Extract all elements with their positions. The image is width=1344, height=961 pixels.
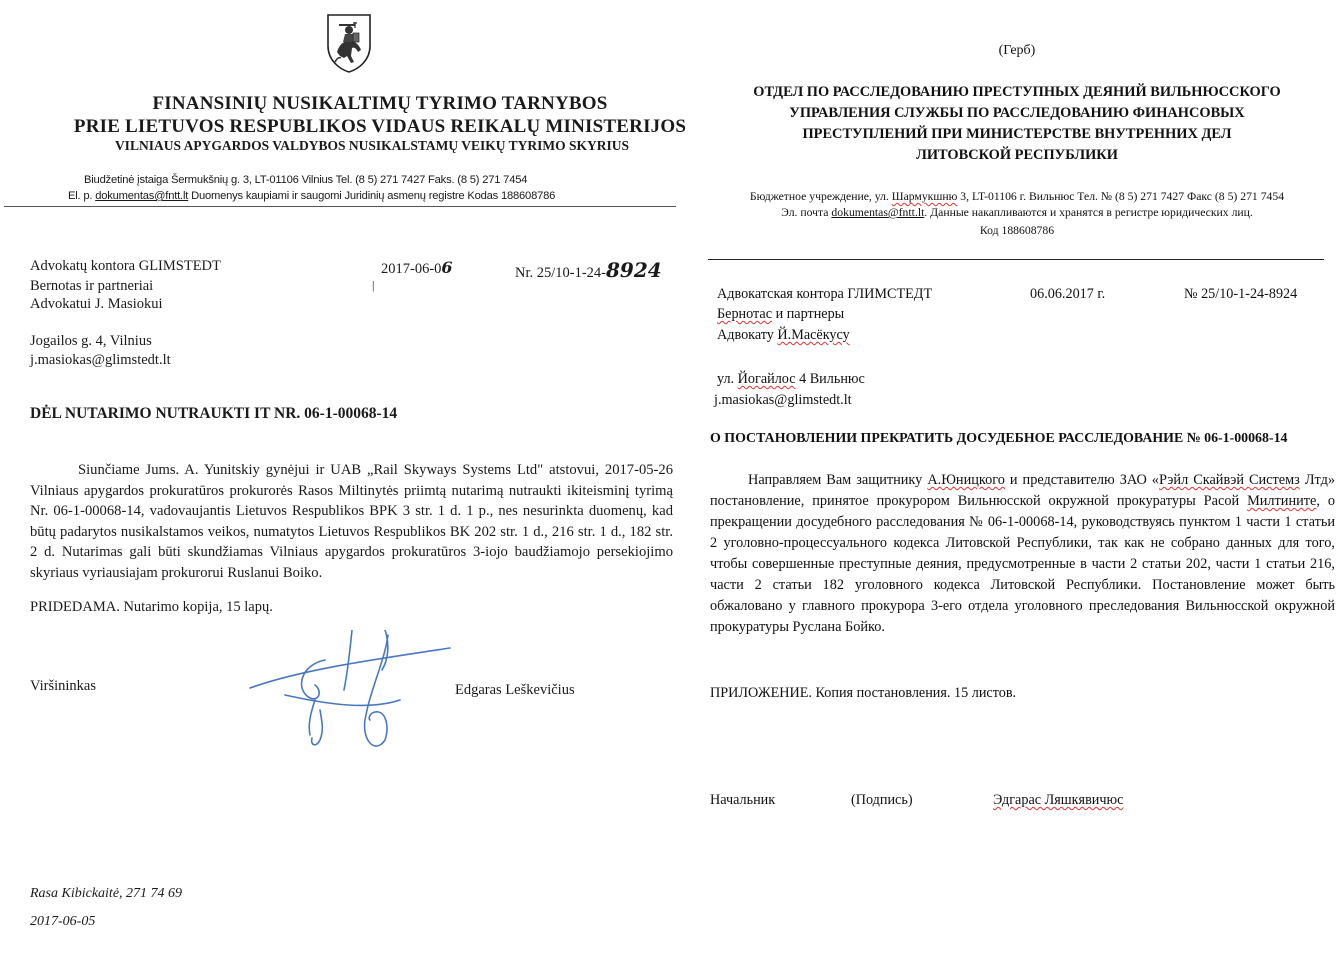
- letter-number: Nr. 25/10-1-24-8924: [515, 258, 662, 282]
- scan-mark: |: [372, 278, 374, 293]
- contact-line2: Эл. почта dokumentas@fntt.lt. Данные нак…: [690, 206, 1344, 219]
- recipient-firm-name: Бернотас: [717, 306, 772, 322]
- attachment-note: PRIDEDAMA. Nutarimo kopija, 15 lapų.: [30, 599, 273, 616]
- body-company-name: Рэйл Скайвэй Системз: [1159, 472, 1300, 488]
- recipient-line3: Адвокату Й.Масёкусу: [717, 327, 850, 344]
- agency-name-line2: УПРАВЛЕНИЯ СЛУЖБЫ ПО РАССЛЕДОВАНИЮ ФИНАН…: [690, 105, 1344, 122]
- body-text-4: , о прекращении досудебного расследовани…: [710, 493, 1335, 635]
- emblem-placeholder: (Герб): [690, 43, 1344, 59]
- recipient-line2: Bernotas ir partneriai: [30, 278, 153, 295]
- agency-name-line3: VILNIAUS APYGARDOS VALDYBOS NUSIKALSTAMŲ…: [0, 138, 752, 154]
- body-name-prosecutor: Милтините: [1247, 493, 1316, 509]
- original-letter-lithuanian: FINANSINIŲ NUSIKALTIMŲ TYRIMO TARNYBOS P…: [0, 0, 690, 961]
- signatory-name: Edgaras Leškevičius: [455, 682, 575, 699]
- recipient-email[interactable]: j.masiokas@glimstedt.lt: [30, 352, 171, 369]
- recipient-line1: Advokatų kontora GLIMSTEDT: [30, 258, 221, 275]
- body-text-1: Направляем Вам защитнику: [748, 472, 927, 488]
- address-prefix: ул.: [717, 371, 738, 387]
- agency-name-line1: FINANSINIŲ NUSIKALTIMŲ TYRIMO TARNYBOS: [0, 93, 760, 115]
- registry-info: . Данные накапливаются и хранятся в реги…: [924, 206, 1253, 219]
- lithuania-coat-of-arms-icon: [325, 12, 373, 74]
- body-name-yunitskiy: А.Юницкого: [927, 472, 1005, 488]
- recipient-address: ул. Йогайлос 4 Вильнюс: [717, 371, 865, 388]
- signatory-title: Начальник: [710, 792, 775, 809]
- recipient-role: Адвокату: [717, 327, 777, 343]
- recipient-line3: Advokatui J. Masiokui: [30, 296, 163, 313]
- letter-body: Siunčiame Jums. A. Yunitskiy gynėjui ir …: [30, 460, 673, 584]
- contact-line2: El. p. dokumentas@fntt.lt Duomenys kaupi…: [68, 190, 555, 202]
- contact-line1: Biudžetinė įstaiga Šermukšnių g. 3, LT-0…: [84, 174, 527, 186]
- agency-name-line4: ЛИТОВСКОЙ РЕСПУБЛИКИ: [690, 147, 1344, 164]
- letter-date: 06.06.2017 г.: [1030, 286, 1105, 303]
- agency-name-line3: ПРЕСТУПЛЕНИЙ ПРИ МИНИСТЕРСТВЕ ВНУТРЕННИХ…: [690, 126, 1344, 143]
- header-divider: [708, 259, 1324, 260]
- address-city: 4 Вильнюс: [796, 371, 865, 387]
- signature-placeholder: (Подпись): [851, 792, 913, 809]
- agency-name-line1: ОТДЕЛ ПО РАССЛЕДОВАНИЮ ПРЕСТУПНЫХ ДЕЯНИЙ…: [690, 84, 1344, 101]
- email-label: El. p.: [68, 190, 95, 202]
- date-handwritten: 6: [441, 258, 452, 277]
- recipient-email[interactable]: j.masiokas@glimstedt.lt: [714, 392, 852, 409]
- recipient-firm-suffix: и партнеры: [772, 306, 844, 322]
- handwritten-signature-icon: [240, 630, 460, 770]
- contact-code: Код 188608786: [690, 224, 1344, 237]
- registry-info: Duomenys kaupiami ir saugomi Juridinių a…: [188, 190, 555, 202]
- contact-prefix: Бюджетное учреждение, ул.: [750, 190, 892, 203]
- letter-subject: О ПОСТАНОВЛЕНИИ ПРЕКРАТИТЬ ДОСУДЕБНОЕ РА…: [710, 431, 1287, 447]
- signatory-name: Эдгарас Ляшкявичюс: [993, 792, 1123, 809]
- email-label: Эл. почта: [781, 206, 831, 219]
- number-handwritten: 8924: [606, 258, 662, 282]
- recipient-line2: Бернотас и партнеры: [717, 306, 844, 323]
- translation-letter-russian: (Герб) ОТДЕЛ ПО РАССЛЕДОВАНИЮ ПРЕСТУПНЫХ…: [690, 0, 1344, 961]
- executor-date: 2017-06-05: [30, 914, 95, 930]
- number-printed: Nr. 25/10-1-24-: [515, 265, 606, 281]
- recipient-address: Jogailos g. 4, Vilnius: [30, 333, 152, 350]
- agency-email-link[interactable]: dokumentas@fntt.lt: [831, 206, 924, 219]
- body-text-2: и представителю ЗАО «: [1005, 472, 1159, 488]
- contact-phones: 3, LT-01106 г. Вильнюс Тел. № (8 5) 271 …: [957, 190, 1284, 203]
- signatory-title: Viršininkas: [30, 678, 96, 695]
- attachment-note: ПРИЛОЖЕНИЕ. Копия постановления. 15 лист…: [710, 685, 1016, 702]
- recipient-line1: Адвокатская контора ГЛИМСТЕДТ: [717, 286, 932, 303]
- street-name: Шармукшню: [892, 190, 958, 203]
- agency-email-link[interactable]: dokumentas@fntt.lt: [95, 190, 188, 202]
- address-street: Йогайлос: [738, 371, 796, 387]
- letter-number: № 25/10-1-24-8924: [1184, 286, 1297, 303]
- header-divider: [4, 206, 676, 207]
- recipient-person: Й.Масёкусу: [777, 327, 849, 343]
- agency-name-line2: PRIE LIETUVOS RESPUBLIKOS VIDAUS REIKALŲ…: [0, 116, 760, 138]
- letter-subject: DĖL NUTARIMO NUTRAUKTI IT NR. 06-1-00068…: [30, 405, 397, 423]
- letter-date: 2017-06-06: [381, 258, 453, 278]
- letter-body: Направляем Вам защитнику А.Юницкого и пр…: [710, 470, 1335, 638]
- contact-line1: Бюджетное учреждение, ул. Шармукшню 3, L…: [690, 190, 1344, 203]
- date-printed: 2017-06-0: [381, 261, 441, 277]
- executor-contact: Rasa Kibickaitė, 271 74 69: [30, 886, 182, 902]
